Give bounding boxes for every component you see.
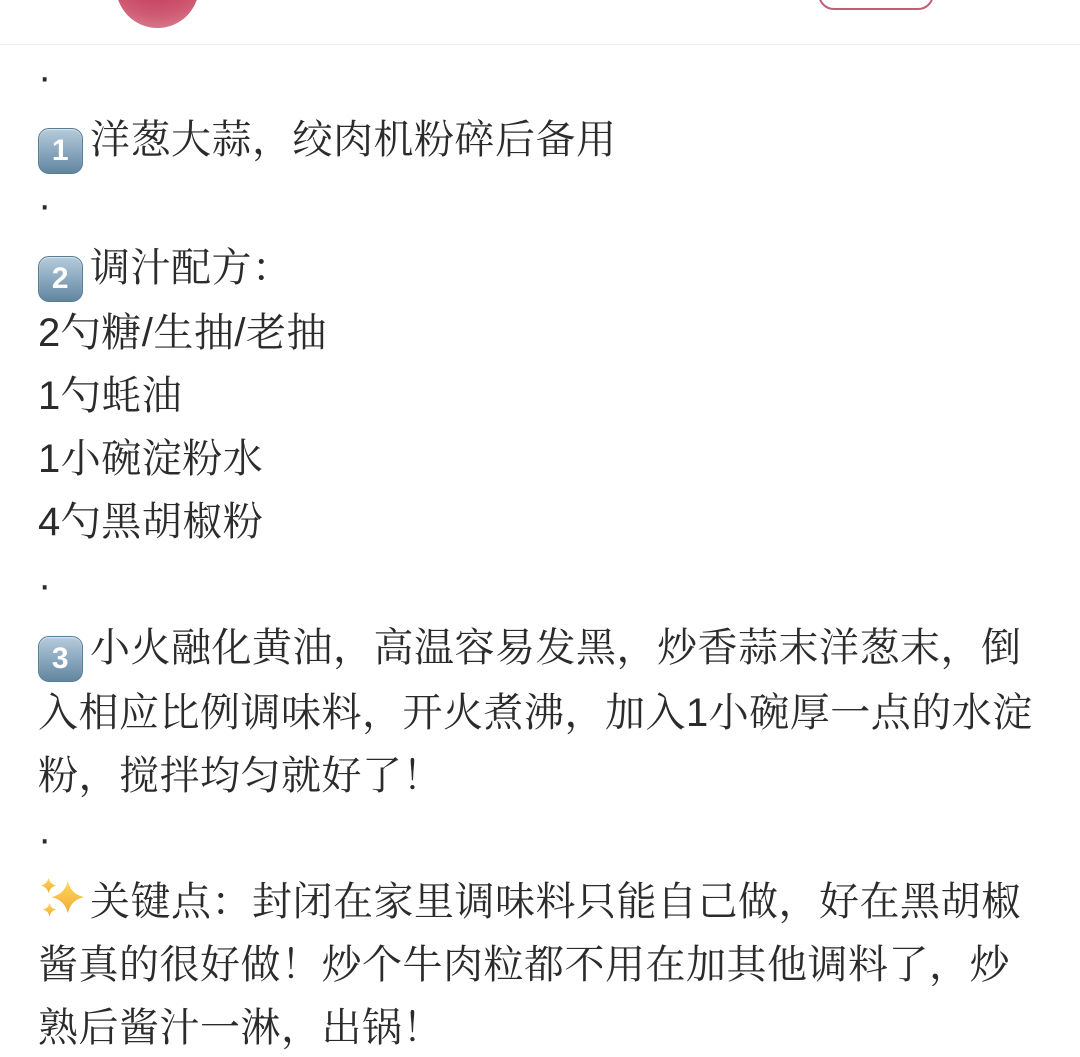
- step-1-line: 1洋葱大蒜，绞肉机粉碎后备用: [38, 109, 1050, 174]
- step-2-text: 调汁配方：: [90, 246, 293, 290]
- step-3-line: 3小火融化黄油，高温容易发黑，炒香蒜末洋葱末，倒入相应比例调味料，开火煮沸，加入…: [38, 617, 1050, 808]
- step-1-text: 洋葱大蒜，绞肉机粉碎后备用: [90, 118, 617, 162]
- post-header: [0, 0, 1080, 45]
- bullet-separator: ·: [38, 554, 1050, 617]
- sparkles-icon: [38, 876, 86, 922]
- ingredient-line: 1小碗淀粉水: [38, 428, 1050, 491]
- keycap-3-icon: 3: [38, 636, 83, 682]
- bullet-separator: ·: [38, 808, 1050, 871]
- keycap-1-icon: 1: [38, 128, 83, 174]
- step-3-text: 小火融化黄油，高温容易发黑，炒香蒜末洋葱末，倒入相应比例调味料，开火煮沸，加入1…: [38, 626, 1033, 798]
- follow-button[interactable]: [818, 0, 934, 10]
- ingredient-line: 1勺蚝油: [38, 365, 1050, 428]
- bullet-separator: ·: [38, 46, 1050, 109]
- post-page: · 1洋葱大蒜，绞肉机粉碎后备用 · 2调汁配方： 2勺糖/生抽/老抽 1勺蚝油…: [0, 0, 1080, 1057]
- keycap-2-icon: 2: [38, 256, 83, 302]
- key-point-line: 关键点：封闭在家里调味料只能自己做，好在黑胡椒酱真的很好做！炒个牛肉粒都不用在加…: [38, 871, 1050, 1057]
- keycap-1-digit: 1: [52, 136, 69, 166]
- keycap-3-digit: 3: [52, 644, 69, 674]
- user-avatar[interactable]: [116, 0, 199, 28]
- key-point-text: 关键点：封闭在家里调味料只能自己做，好在黑胡椒酱真的很好做！炒个牛肉粒都不用在加…: [38, 880, 1022, 1050]
- ingredient-line: 2勺糖/生抽/老抽: [38, 302, 1050, 365]
- post-content: · 1洋葱大蒜，绞肉机粉碎后备用 · 2调汁配方： 2勺糖/生抽/老抽 1勺蚝油…: [0, 45, 1080, 1057]
- keycap-2-digit: 2: [52, 264, 69, 294]
- bullet-separator: ·: [38, 174, 1050, 237]
- ingredient-line: 4勺黑胡椒粉: [38, 491, 1050, 554]
- step-2-line: 2调汁配方：: [38, 237, 1050, 302]
